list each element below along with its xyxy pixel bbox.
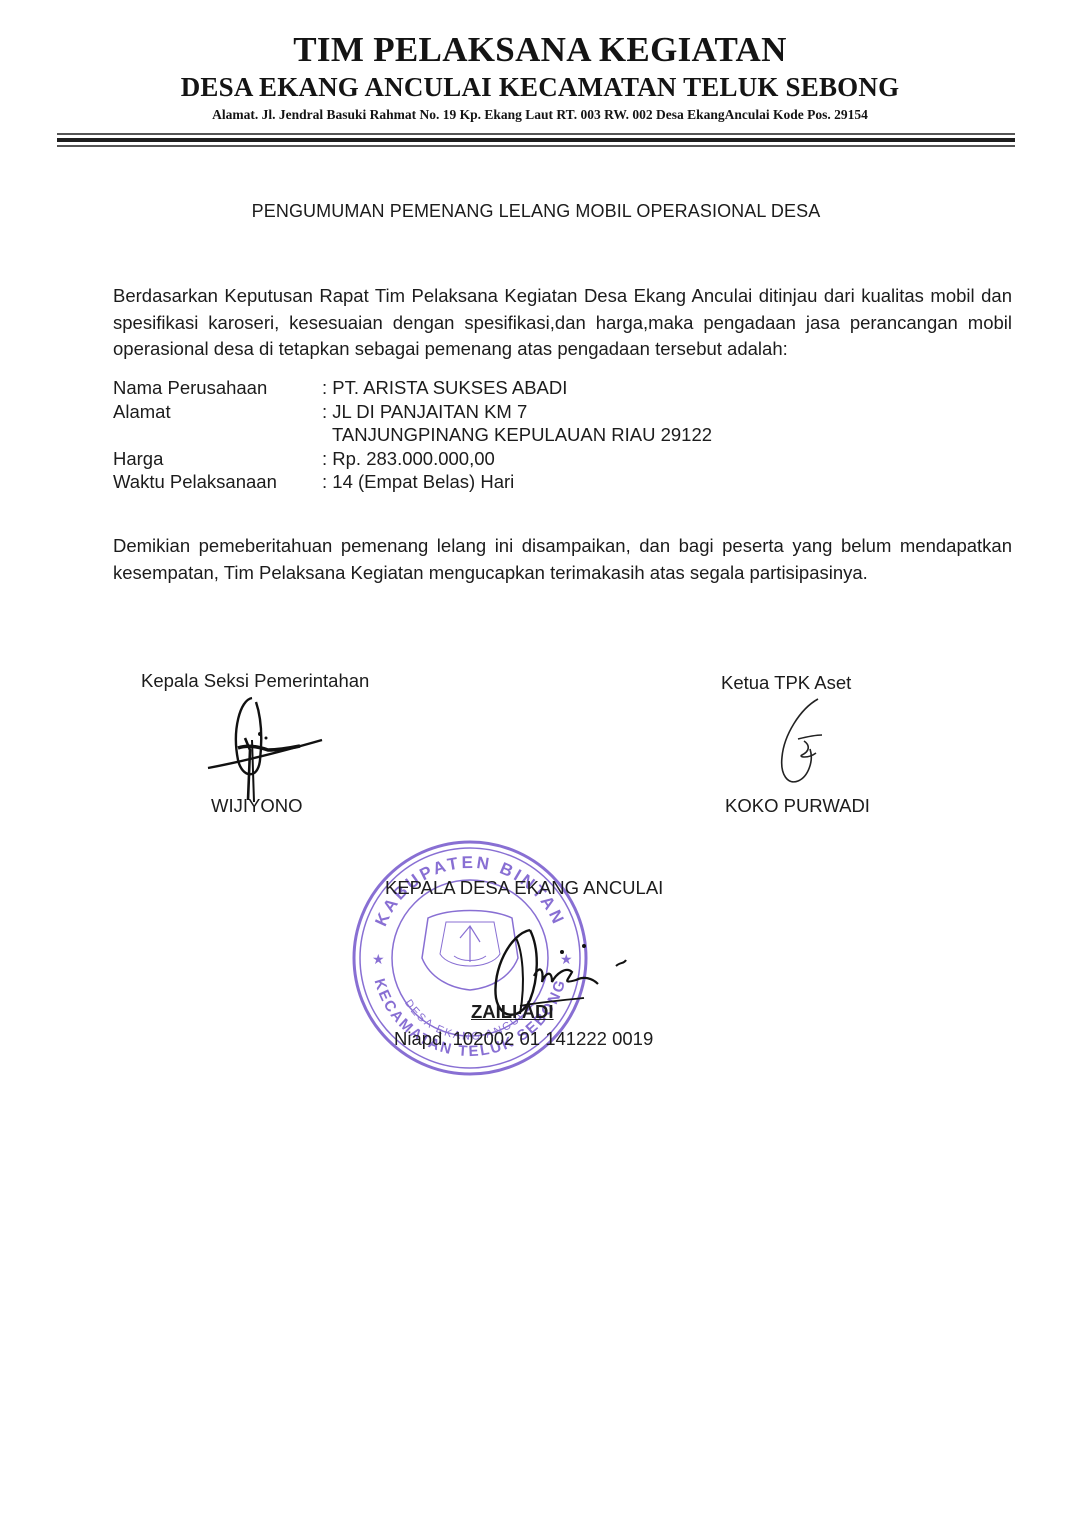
- signature-right-icon: [770, 695, 840, 790]
- signatory-center-role: KEPALA DESA EKANG ANCULAI: [385, 877, 663, 899]
- signatory-right-name: KOKO PURWADI: [725, 795, 870, 817]
- detail-label: Nama Perusahaan: [113, 376, 267, 400]
- detail-row: TANJUNGPINANG KEPULAUAN RIAU 29122: [113, 423, 913, 447]
- signatory-center-id: Niapd. 102002 01 141222 0019: [394, 1028, 653, 1050]
- detail-label: Waktu Pelaksanaan: [113, 470, 277, 494]
- detail-value: : 14 (Empat Belas) Hari: [322, 470, 514, 494]
- winner-details: Nama Perusahaan : PT. ARISTA SUKSES ABAD…: [113, 376, 913, 496]
- detail-row: Alamat : JL DI PANJAITAN KM 7: [113, 400, 913, 424]
- document-title: PENGUMUMAN PEMENANG LELANG MOBIL OPERASI…: [0, 201, 1072, 222]
- signatory-right-role: Ketua TPK Aset: [721, 672, 851, 694]
- letterhead-subtitle: DESA EKANG ANCULAI KECAMATAN TELUK SEBON…: [0, 72, 1080, 103]
- letterhead-address: Alamat. Jl. Jendral Basuki Rahmat No. 19…: [0, 107, 1080, 123]
- closing-paragraph: Demikian pemeberitahuan pemenang lelang …: [113, 533, 1012, 586]
- letterhead-title: TIM PELAKSANA KEGIATAN: [0, 30, 1080, 70]
- detail-value: : PT. ARISTA SUKSES ABADI: [322, 376, 567, 400]
- detail-label: Alamat: [113, 400, 171, 424]
- letterhead-rule-bottom: [57, 145, 1015, 147]
- signatory-left-role: Kepala Seksi Pemerintahan: [141, 670, 369, 692]
- detail-row: Waktu Pelaksanaan : 14 (Empat Belas) Har…: [113, 470, 913, 494]
- detail-label: Harga: [113, 447, 163, 471]
- signatory-left-name: WIJIYONO: [211, 795, 302, 817]
- detail-row: Harga : Rp. 283.000.000,00: [113, 447, 913, 471]
- signature-left-icon: [200, 690, 340, 810]
- detail-value: : JL DI PANJAITAN KM 7: [322, 400, 527, 424]
- letterhead-rule-top: [57, 133, 1015, 135]
- detail-value: TANJUNGPINANG KEPULAUAN RIAU 29122: [332, 423, 712, 447]
- svg-text:★: ★: [372, 952, 385, 968]
- letterhead-rule-thick: [57, 138, 1015, 142]
- detail-value: : Rp. 283.000.000,00: [322, 447, 495, 471]
- intro-paragraph: Berdasarkan Keputusan Rapat Tim Pelaksan…: [113, 283, 1012, 363]
- detail-row: Nama Perusahaan : PT. ARISTA SUKSES ABAD…: [113, 376, 913, 400]
- signatory-center-name: ZAILI ADI: [471, 1001, 554, 1023]
